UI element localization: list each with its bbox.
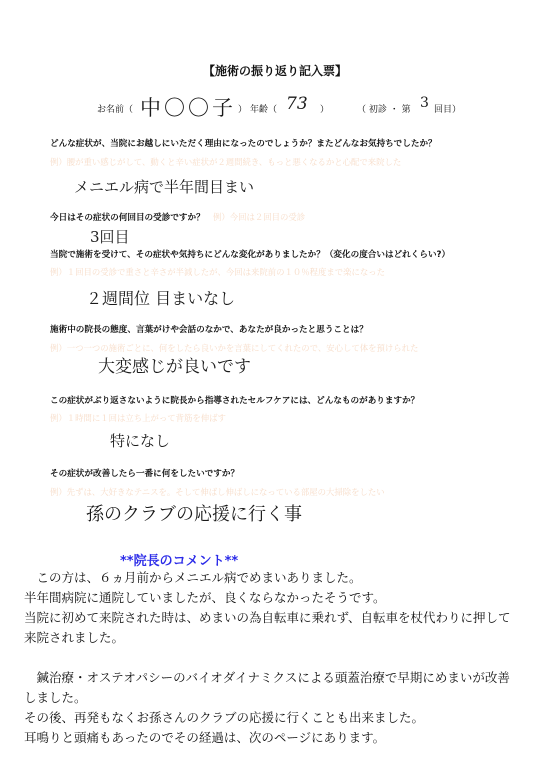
visit-label: （ 初診 ・ 第 (357, 102, 411, 115)
visit-label-close: 回目） (434, 102, 461, 115)
question-text: どんな症状が、当院にお越しにいただく理由になったのでしょうか？またどんなお気持ち… (50, 137, 437, 149)
comment-line: この方は、６ヵ月前からメニエル病でめまいありました。 (24, 568, 362, 588)
handwritten-answer: 3回目 (90, 226, 130, 247)
comment-line: その後、再発もなくお孫さんのクラブの応援に行くことも出来ました。 (24, 708, 424, 728)
visit-count-value: 3 (420, 95, 429, 111)
comment-line: 半年間病院に通院していましたが、良くならなかったそうです。 (24, 588, 386, 608)
director-comment-title: **院長のコメント** (120, 550, 238, 569)
handwritten-answer: ２週間位 目まいなし (86, 286, 235, 309)
form-title: 【施術の振り返り記入票】 (0, 62, 550, 79)
example-text: 例）１回目の受診で重さと辛さが半減したが、今回は来院前の１０％程度まで楽になった (50, 266, 385, 278)
question-text: この症状がぶり返さないように院長から指導されたセルフケアには、どんなものがありま… (50, 394, 419, 406)
question-text: 当院で施術を受けて、その症状や気持ちにどんな変化がありましたか？（変化の度合いは… (50, 248, 450, 260)
comment-line: 当院に初めて来院された時は、めまいの為自転車に乗れず、自転車を杖代わりに押して (24, 608, 511, 628)
example-text: 例）腰が重い感じがして、動くと辛い症状が２週間続き、もっと悪くなるかと心配で来院… (50, 156, 401, 168)
comment-line: 鍼治療・オステオパシーのバイオダイナミクスによる頭蓋治療で早期にめまいが改善 (24, 668, 510, 688)
example-text: 例）先ずは、大好きなテニスを。そして伸ばし伸ばしになっている部屋の大掃除をしたい (50, 486, 385, 498)
handwritten-answer: 特になし (110, 430, 170, 451)
question-text: 今日はその症状の何回目の受診ですか？ (50, 211, 205, 223)
comment-line: 耳鳴りと頭痛もあったのでその経過は、次のページにあります。 (24, 728, 385, 748)
question-text: 施術中の院長の態度、言葉がけや会話のなかで、あなたが良かったと思うことは？ (50, 323, 368, 335)
age-close: ） (320, 102, 329, 115)
age-value: 73 (286, 94, 308, 114)
example-text: 例）今回は２回目の受診 (213, 211, 305, 223)
comment-line: しました。 (24, 688, 87, 708)
comment-line: 来院されました。 (24, 628, 124, 648)
name-value: 中〇〇子 (140, 92, 236, 122)
age-label: 年齢（ (250, 102, 277, 115)
handwritten-answer: メニエル病で半年間目まい (74, 176, 254, 197)
name-close: ） (238, 102, 247, 115)
handwritten-answer: 大変感じが良いです (98, 352, 251, 377)
handwritten-answer: 孫のクラブの応援に行く事 (86, 500, 302, 526)
question-text: その症状が改善したら一番に何をしたいですか？ (50, 467, 239, 479)
example-text: 例）１時間に１回は立ち上がって背筋を伸ばす (50, 412, 226, 424)
name-label: お名前（ (97, 102, 133, 115)
